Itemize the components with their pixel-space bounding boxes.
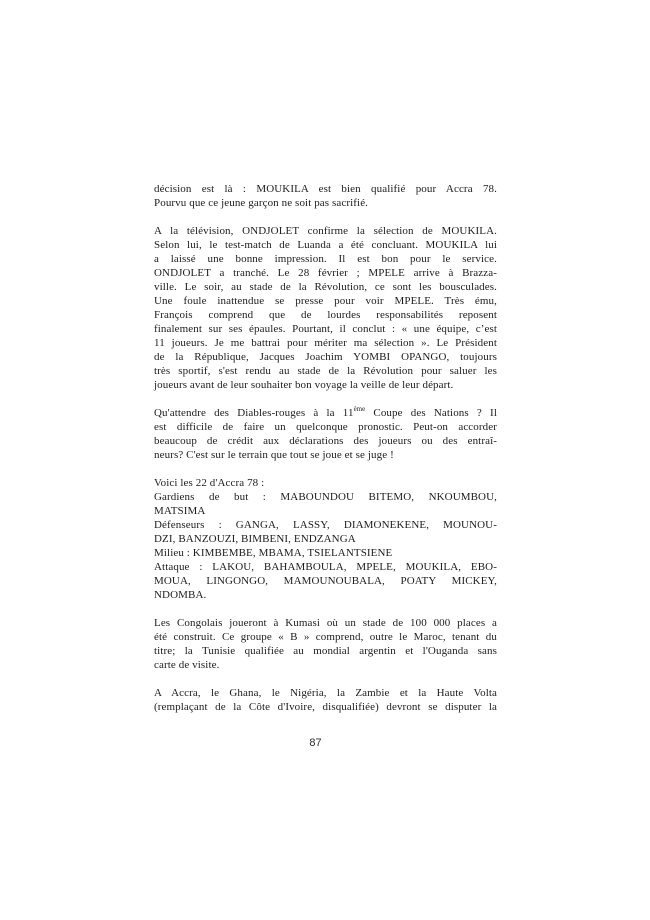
text-line: joueurs avant de leur souhaiter bon voya…: [154, 378, 497, 392]
text-line: Pourvu que ce jeune garçon ne soit pas s…: [154, 196, 497, 210]
text-line: A Accra, le Ghana, le Nigéria, la Zambie…: [154, 686, 497, 700]
text-line: A la télévision, ONDJOLET confirme la sé…: [154, 224, 497, 238]
text-line: (remplaçant de la Côte d'Ivoire, disqual…: [154, 700, 497, 714]
paragraph: Les Congolais joueront à Kumasi où un st…: [154, 616, 497, 672]
superscript: ème: [354, 405, 366, 413]
text-line: Une foule inattendue se presse pour voir…: [154, 294, 497, 308]
text-line: neurs? C'est sur le terrain que tout se …: [154, 448, 497, 462]
text-line: carte de visite.: [154, 658, 497, 672]
text-line: MATSIMA: [154, 504, 497, 518]
paragraph: Qu'attendre des Diables-rouges à la 11èm…: [154, 406, 497, 462]
document-page: décision est là : MOUKILA est bien quali…: [0, 0, 650, 920]
paragraph: Voici les 22 d'Accra 78 :Gardiens de but…: [154, 476, 497, 602]
text-line: Voici les 22 d'Accra 78 :: [154, 476, 497, 490]
text-line: 11 joueurs. Je me battrai pour mériter m…: [154, 336, 497, 350]
text-line: a laissé une bonne impression. Il est bo…: [154, 252, 497, 266]
text-line: beaucoup de crédit aux déclarations des …: [154, 434, 497, 448]
text-line: finalement sur ses épaules. Pourtant, il…: [154, 322, 497, 336]
text-line: est difficile de faire un quelconque pro…: [154, 420, 497, 434]
text-block: décision est là : MOUKILA est bien quali…: [154, 182, 497, 728]
text-line: Défenseurs : GANGA, LASSY, DIAMONEKENE, …: [154, 518, 497, 532]
paragraph: A la télévision, ONDJOLET confirme la sé…: [154, 224, 497, 392]
text-line: ONDJOLET a tranché. Le 28 février ; MPEL…: [154, 266, 497, 280]
text-line: très sportif, s'est rendu au stade de la…: [154, 364, 497, 378]
text-line: titre; la Tunisie qualifiée au mondial a…: [154, 644, 497, 658]
text-line: Gardiens de but : MABOUNDOU BITEMO, NKOU…: [154, 490, 497, 504]
text-line: été construit. Ce groupe « B » comprend,…: [154, 630, 497, 644]
text-line: Les Congolais joueront à Kumasi où un st…: [154, 616, 497, 630]
text-line: MOUA, LINGONGO, MAMOUNOUBALA, POATY MICK…: [154, 574, 497, 588]
text-line: Selon lui, le test-match de Luanda a été…: [154, 238, 497, 252]
paragraph: A Accra, le Ghana, le Nigéria, la Zambie…: [154, 686, 497, 714]
text-line: François comprend que de lourdes respons…: [154, 308, 497, 322]
text-line: Milieu : KIMBEMBE, MBAMA, TSIELANTSIENE: [154, 546, 497, 560]
page-number: 87: [144, 737, 487, 749]
paragraph: décision est là : MOUKILA est bien quali…: [154, 182, 497, 210]
text-line: décision est là : MOUKILA est bien quali…: [154, 182, 497, 196]
text-line: NDOMBA.: [154, 588, 497, 602]
text-line: Qu'attendre des Diables-rouges à la 11èm…: [154, 406, 497, 420]
text-line: Attaque : LAKOU, BAHAMBOULA, MPELE, MOUK…: [154, 560, 497, 574]
text-line: de la République, Jacques Joachim YOMBI …: [154, 350, 497, 364]
text-line: DZI, BANZOUZI, BIMBENI, ENDZANGA: [154, 532, 497, 546]
text-line: ville. Le soir, au stade de la Révolutio…: [154, 280, 497, 294]
